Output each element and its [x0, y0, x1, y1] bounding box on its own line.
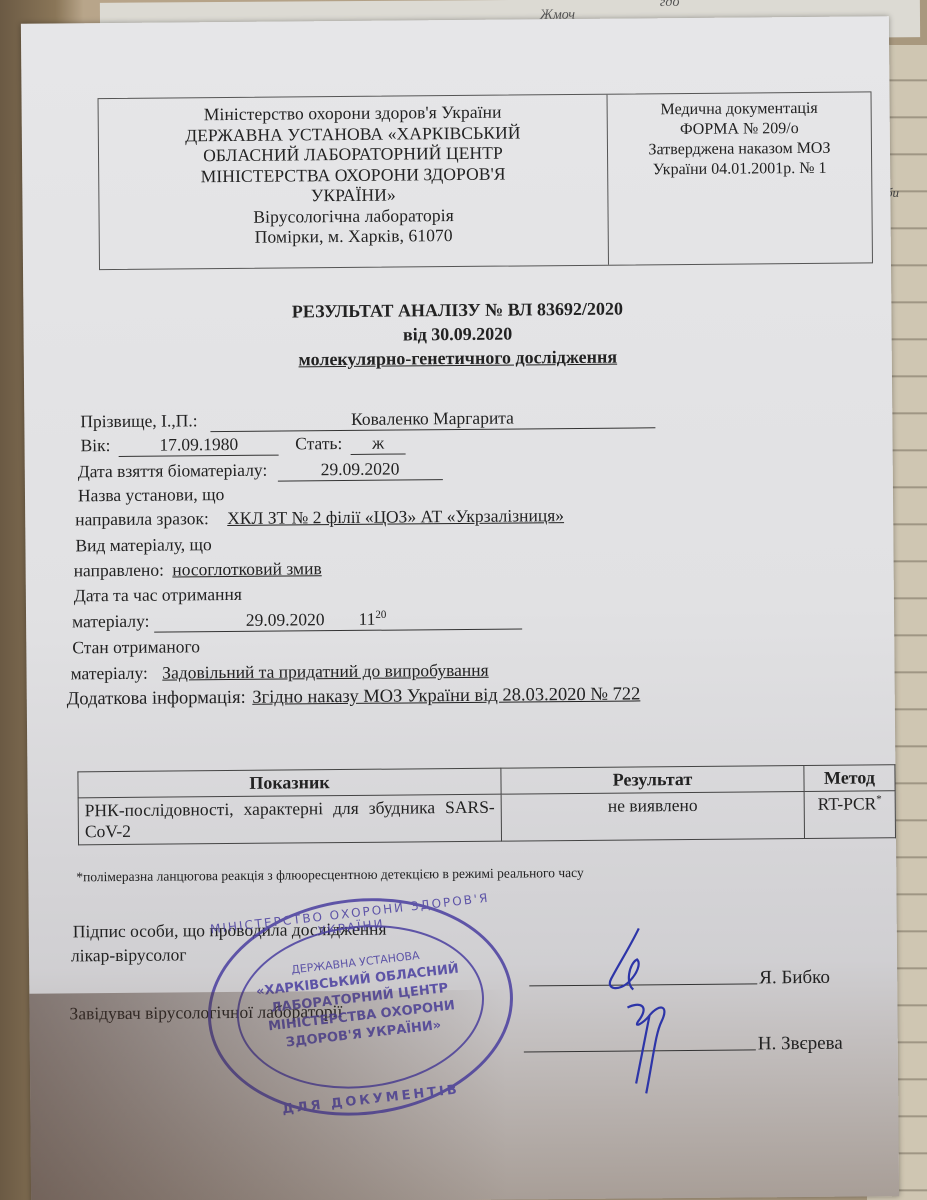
received-value: 29.09.20201120 — [154, 607, 522, 632]
sample-date-label: Дата взяття біоматеріалу: — [78, 460, 268, 482]
sex-value: ж — [351, 432, 406, 454]
column-header-indicator: Показник — [78, 768, 501, 798]
referring-institution-field: направила зразок: ХКЛ ЗТ № 2 філії «ЦОЗ»… — [75, 505, 564, 530]
document-title: РЕЗУЛЬТАТ АНАЛІЗУ № ВЛ 83692/2020 від 30… — [23, 294, 892, 374]
method-cell: RT-PCR* — [804, 791, 895, 839]
method-value: RT-PCR — [818, 793, 877, 814]
age-value: 17.09.1980 — [119, 434, 279, 457]
age-sex-field: Вік: 17.09.1980 Стать: ж — [80, 432, 405, 457]
institution-value: ХКЛ ЗТ № 2 філії «ЦОЗ» АТ «Укрзалізниця» — [227, 505, 564, 528]
received-label: матеріалу: — [72, 611, 150, 632]
performer-signature — [599, 923, 670, 999]
patient-name-value: Коваленко Маргарита — [210, 406, 655, 432]
material-value: носоглотковий змив — [172, 558, 322, 579]
patient-name-label: Прізвище, І.,П.: — [80, 410, 197, 431]
column-header-method: Метод — [804, 765, 895, 792]
performer-label-line2: лікар-вірусолог — [71, 944, 187, 966]
institution-label: направила зразок: — [75, 508, 209, 529]
received-date: 29.09.2020 — [246, 609, 325, 630]
sample-date-value: 29.09.2020 — [278, 458, 443, 481]
method-footnote-mark: * — [876, 793, 882, 805]
condition-value: Задовільний та придатний до випробування — [162, 660, 489, 683]
official-stamp: МІНІСТЕРСТВО ОХОРОНИ ЗДОРОВ'Я УКРАЇНИ ДЕ… — [196, 882, 524, 1131]
condition-label-line1: Стан отриманого — [72, 636, 200, 658]
material-label: направлено: — [74, 560, 164, 581]
additional-info-value: Згідно наказу МОЗ України від 28.03.2020… — [252, 684, 640, 707]
form-info-line: Затверджена наказом МОЗ — [608, 138, 871, 160]
stamp-ring-bottom-text: ДЛЯ ДОКУМЕНТІВ — [221, 1075, 521, 1124]
head-signature — [609, 993, 690, 1104]
received-datetime-field: матеріалу: 29.09.20201120 — [72, 607, 522, 633]
method-footnote: *полімеразна ланцюгова реакція з флюорес… — [76, 865, 584, 885]
background-scrawl: гдо — [660, 0, 680, 11]
indicator-cell: РНК-послідовності, характерні для збудни… — [78, 794, 501, 845]
material-condition-field: матеріалу: Задовільний та придатний до в… — [70, 660, 488, 685]
sample-date-field: Дата взяття біоматеріалу: 29.09.2020 — [78, 458, 443, 483]
form-info-line: Медична документація — [608, 98, 871, 120]
column-header-result: Результат — [501, 766, 804, 795]
stamp-line: МІНІСТЕРСТВА ОХОРОНИ — [212, 991, 512, 1043]
result-cell: не виявлено — [501, 792, 804, 842]
document-header: Міністерство охорони здоров'я України ДЕ… — [98, 91, 873, 270]
material-type-field: направлено: носоглотковий змив — [74, 558, 322, 581]
laboratory-address: Помірки, м. Харків, 61070 — [100, 224, 608, 249]
form-number: ФОРМА № 209/о — [608, 118, 871, 140]
head-name: Н. Звєрева — [758, 1033, 843, 1056]
condition-label: матеріалу: — [70, 663, 148, 684]
additional-info-field: Додаткова інформація: Згідно наказу МОЗ … — [67, 684, 641, 710]
table-row: РНК-послідовності, характерні для збудни… — [78, 791, 895, 845]
patient-name-field: Прізвище, І.,П.: Коваленко Маргарита — [80, 406, 655, 433]
age-label: Вік: — [80, 435, 110, 455]
material-label-line1: Вид матеріалу, що — [75, 534, 211, 556]
form-info-line: України 04.01.2001р. № 1 — [608, 158, 871, 180]
head-label: Завідувач вірусологічної лабораторії — [69, 1001, 342, 1024]
received-label-line1: Дата та час отримання — [74, 584, 242, 606]
stamp-line: ЗДОРОВ'Я УКРАЇНИ» — [214, 1009, 514, 1061]
institution-block: Міністерство охорони здоров'я України ДЕ… — [99, 95, 609, 269]
lab-result-document: Міністерство охорони здоров'я України ДЕ… — [21, 16, 899, 1200]
received-time-hours: 11 — [358, 609, 375, 629]
additional-info-label: Додаткова інформація: — [67, 688, 246, 710]
results-table: Показник Результат Метод РНК-послідовнос… — [77, 764, 896, 845]
stamp-center-text: ДЕРЖАВНА УСТАНОВА «ХАРКІВСЬКИЙ ОБЛАСНИЙ … — [205, 937, 513, 1060]
performer-name: Я. Бибко — [759, 967, 830, 990]
institution-label-line1: Назва установи, що — [78, 484, 225, 506]
sex-label: Стать: — [295, 433, 342, 453]
received-time-minutes: 20 — [375, 609, 386, 621]
form-info-block: Медична документація ФОРМА № 209/о Затве… — [608, 92, 872, 264]
